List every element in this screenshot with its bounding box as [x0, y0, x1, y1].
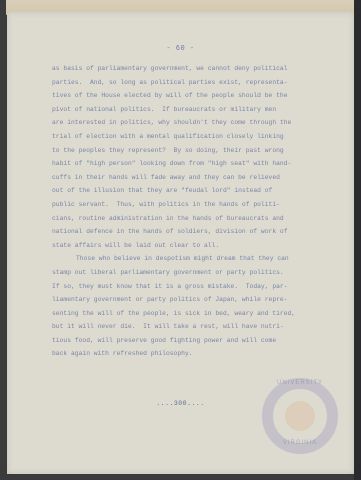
text-line: back again with refreshed philosophy.	[52, 347, 320, 361]
text-line: out of the illusion that they are "feuda…	[52, 184, 320, 198]
text-line: stamp out liberal parliamentary governme…	[52, 266, 320, 280]
text-line: national defence in the hands of soldier…	[52, 225, 320, 239]
document-body: as basis of parliamentary government, we…	[52, 62, 320, 361]
scan-right-edge	[354, 0, 361, 480]
text-line: trial of election with a mental qualific…	[52, 130, 320, 144]
text-line: as basis of parliamentary government, we…	[52, 62, 320, 76]
text-line: state affairs will be laid out clear to …	[52, 239, 320, 253]
text-line: are interested in politics, why shouldn'…	[52, 116, 320, 130]
text-line: tives of the House elected by will of th…	[52, 89, 320, 103]
paragraph-start-line: Those who believe in despotism might dre…	[52, 252, 320, 266]
text-line: liamentary government or party politics …	[52, 293, 320, 307]
text-line: but it will never die. It will take a re…	[52, 320, 320, 334]
text-line: public servant. Thus, with politics in t…	[52, 198, 320, 212]
text-line: habit of "high person" looking down from…	[52, 157, 320, 171]
page-number: - 60 -	[0, 45, 361, 53]
seal-top-text: UNIVERSITY	[262, 380, 338, 386]
rotunda-icon	[285, 401, 315, 431]
seal-bottom-text: VIRGINIA	[262, 440, 338, 446]
text-line: cians, routine administration in the han…	[52, 212, 320, 226]
text-line: cuffs in their hands will fade away and …	[52, 171, 320, 185]
text-line: senting the will of the people, is sick …	[52, 307, 320, 321]
text-line: pivot of national politics. If bureaucra…	[52, 103, 320, 117]
text-line: tious food, will preserve good fighting …	[52, 334, 320, 348]
text-line: If so, they must know that it is a gross…	[52, 280, 320, 294]
text-line: parties. And, so long as political parti…	[52, 76, 320, 90]
text-line: to the peoples they represent? By so doi…	[52, 144, 320, 158]
